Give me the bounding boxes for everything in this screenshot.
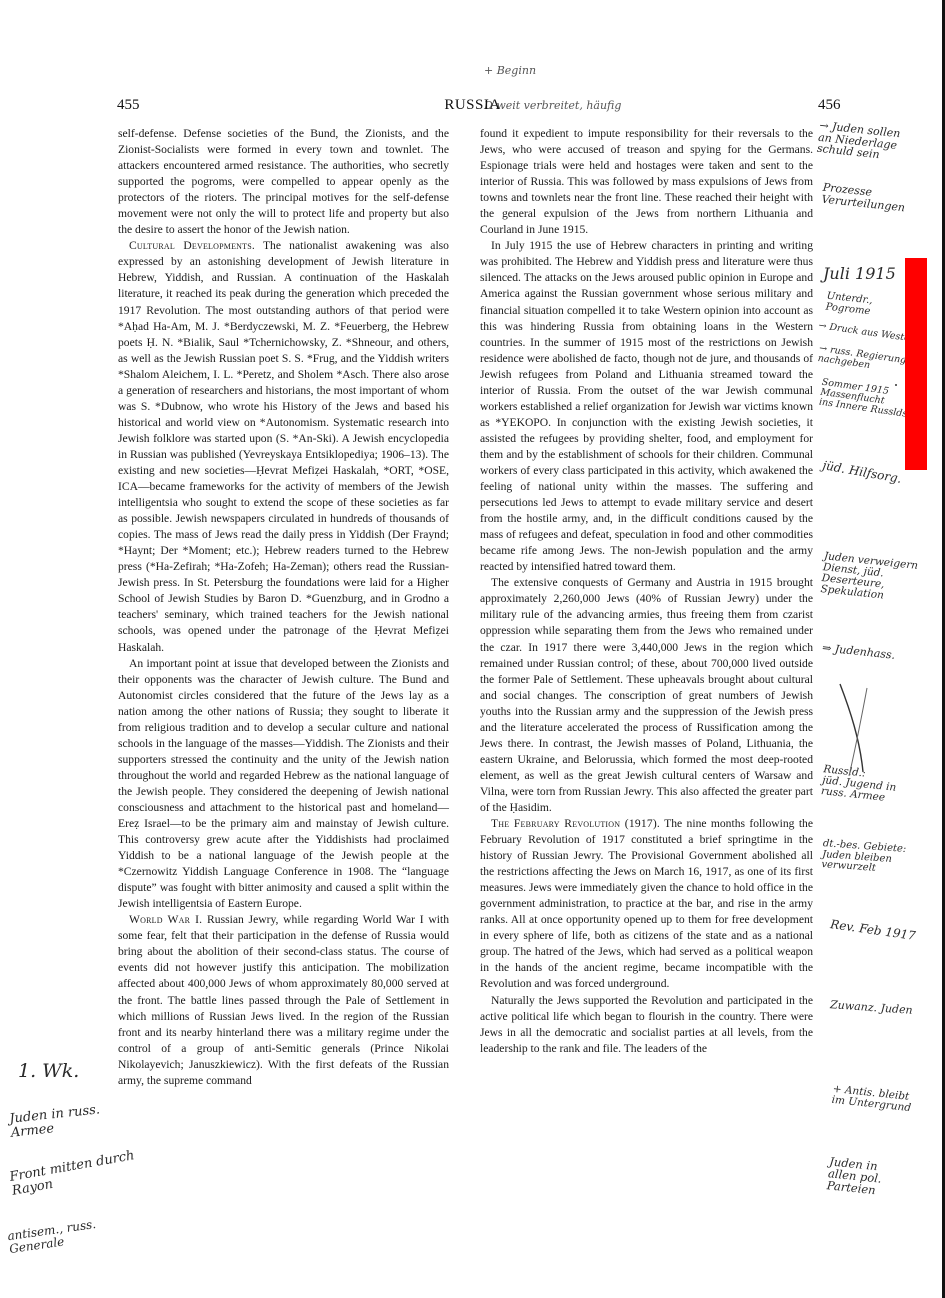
paragraph-text: self-defense. Defense societies of the B…: [118, 127, 449, 236]
margin-note-right: + Antis. bleibt im Untergrund: [831, 1084, 913, 1114]
margin-note-right: Juli 1915: [823, 266, 896, 283]
section-heading: World War I.: [129, 913, 202, 926]
paragraph-cultural-developments: Cultural Developments. The nationalist a…: [118, 238, 449, 655]
top-note-line-1: + Beginn: [484, 65, 621, 77]
paragraph: self-defense. Defense societies of the B…: [118, 126, 449, 238]
margin-note-right: Juden in allen pol. Parteien: [826, 1155, 883, 1197]
paragraph: An important point at issue that develop…: [118, 656, 449, 913]
red-highlight-bar: [905, 258, 927, 470]
margin-note-right: Rev. Feb 1917: [830, 918, 917, 942]
paragraph-text: The nationalist awakening was also expre…: [118, 239, 449, 653]
paragraph-text: Russian Jewry, while regarding World War…: [118, 913, 449, 1086]
margin-note-right: dt.-bes. Gebiete: Juden bleiben verwurze…: [821, 839, 907, 876]
paragraph: The extensive conquests of Germany and A…: [480, 575, 813, 816]
right-page-number: 456: [818, 97, 841, 114]
paragraph-text: The extensive conquests of Germany and A…: [480, 576, 813, 814]
paragraph: Naturally the Jews supported the Revolut…: [480, 993, 813, 1057]
margin-note-right: Prozesse Verurteilungen: [821, 182, 907, 214]
margin-note-right: → Juden sollen an Niederlage schuld sein: [816, 120, 900, 163]
stray-mark: [895, 384, 897, 386]
paragraph-text: In July 1915 the use of Hebrew character…: [480, 239, 813, 573]
paragraph-text: Naturally the Jews supported the Revolut…: [480, 994, 813, 1055]
margin-note-right: Zuwanz. Juden: [830, 999, 913, 1016]
section-heading: The February Revolution (1917).: [491, 817, 660, 830]
paragraph-february-revolution: The February Revolution (1917). The nine…: [480, 816, 813, 993]
left-text-column: self-defense. Defense societies of the B…: [118, 126, 449, 1089]
paragraph: found it expedient to impute responsibil…: [480, 126, 813, 238]
margin-note-right: jüd. Hilfsorg.: [822, 459, 903, 485]
margin-note-left: Juden in russ. Armee: [9, 1103, 102, 1140]
page-title: RUSSIA: [0, 97, 945, 114]
margin-note-right: → russ. Regierung nachgeben: [817, 344, 907, 376]
margin-note-right: Sommer 1915 Massenflucht ins Innere Russ…: [818, 378, 913, 420]
paragraph: In July 1915 the use of Hebrew character…: [480, 238, 813, 575]
margin-note-right: Juden verweigern Dienst, jüd. Deserteure…: [820, 551, 919, 605]
margin-note-left: antisem., russ. Generale: [7, 1218, 99, 1255]
paragraph-text: The nine months following the February R…: [480, 817, 813, 990]
paragraph-text: An important point at issue that develop…: [118, 657, 449, 911]
margin-note-right: → Druck aus Westen: [818, 321, 917, 345]
paragraph-world-war-i: World War I. Russian Jewry, while regard…: [118, 912, 449, 1089]
margin-note-right: Unterdr., Pogrome: [825, 292, 873, 318]
section-heading: Cultural Developments.: [129, 239, 255, 252]
handwritten-cross-mark: [835, 680, 875, 780]
right-text-column: found it expedient to impute responsibil…: [480, 126, 813, 1057]
margin-note-left: Front mitten durch Rayon: [9, 1149, 138, 1198]
paragraph-text: found it expedient to impute responsibil…: [480, 127, 813, 236]
margin-note-right: ⇒ Judenhass.: [822, 642, 896, 661]
margin-note-left: 1. Wk.: [18, 1062, 79, 1082]
